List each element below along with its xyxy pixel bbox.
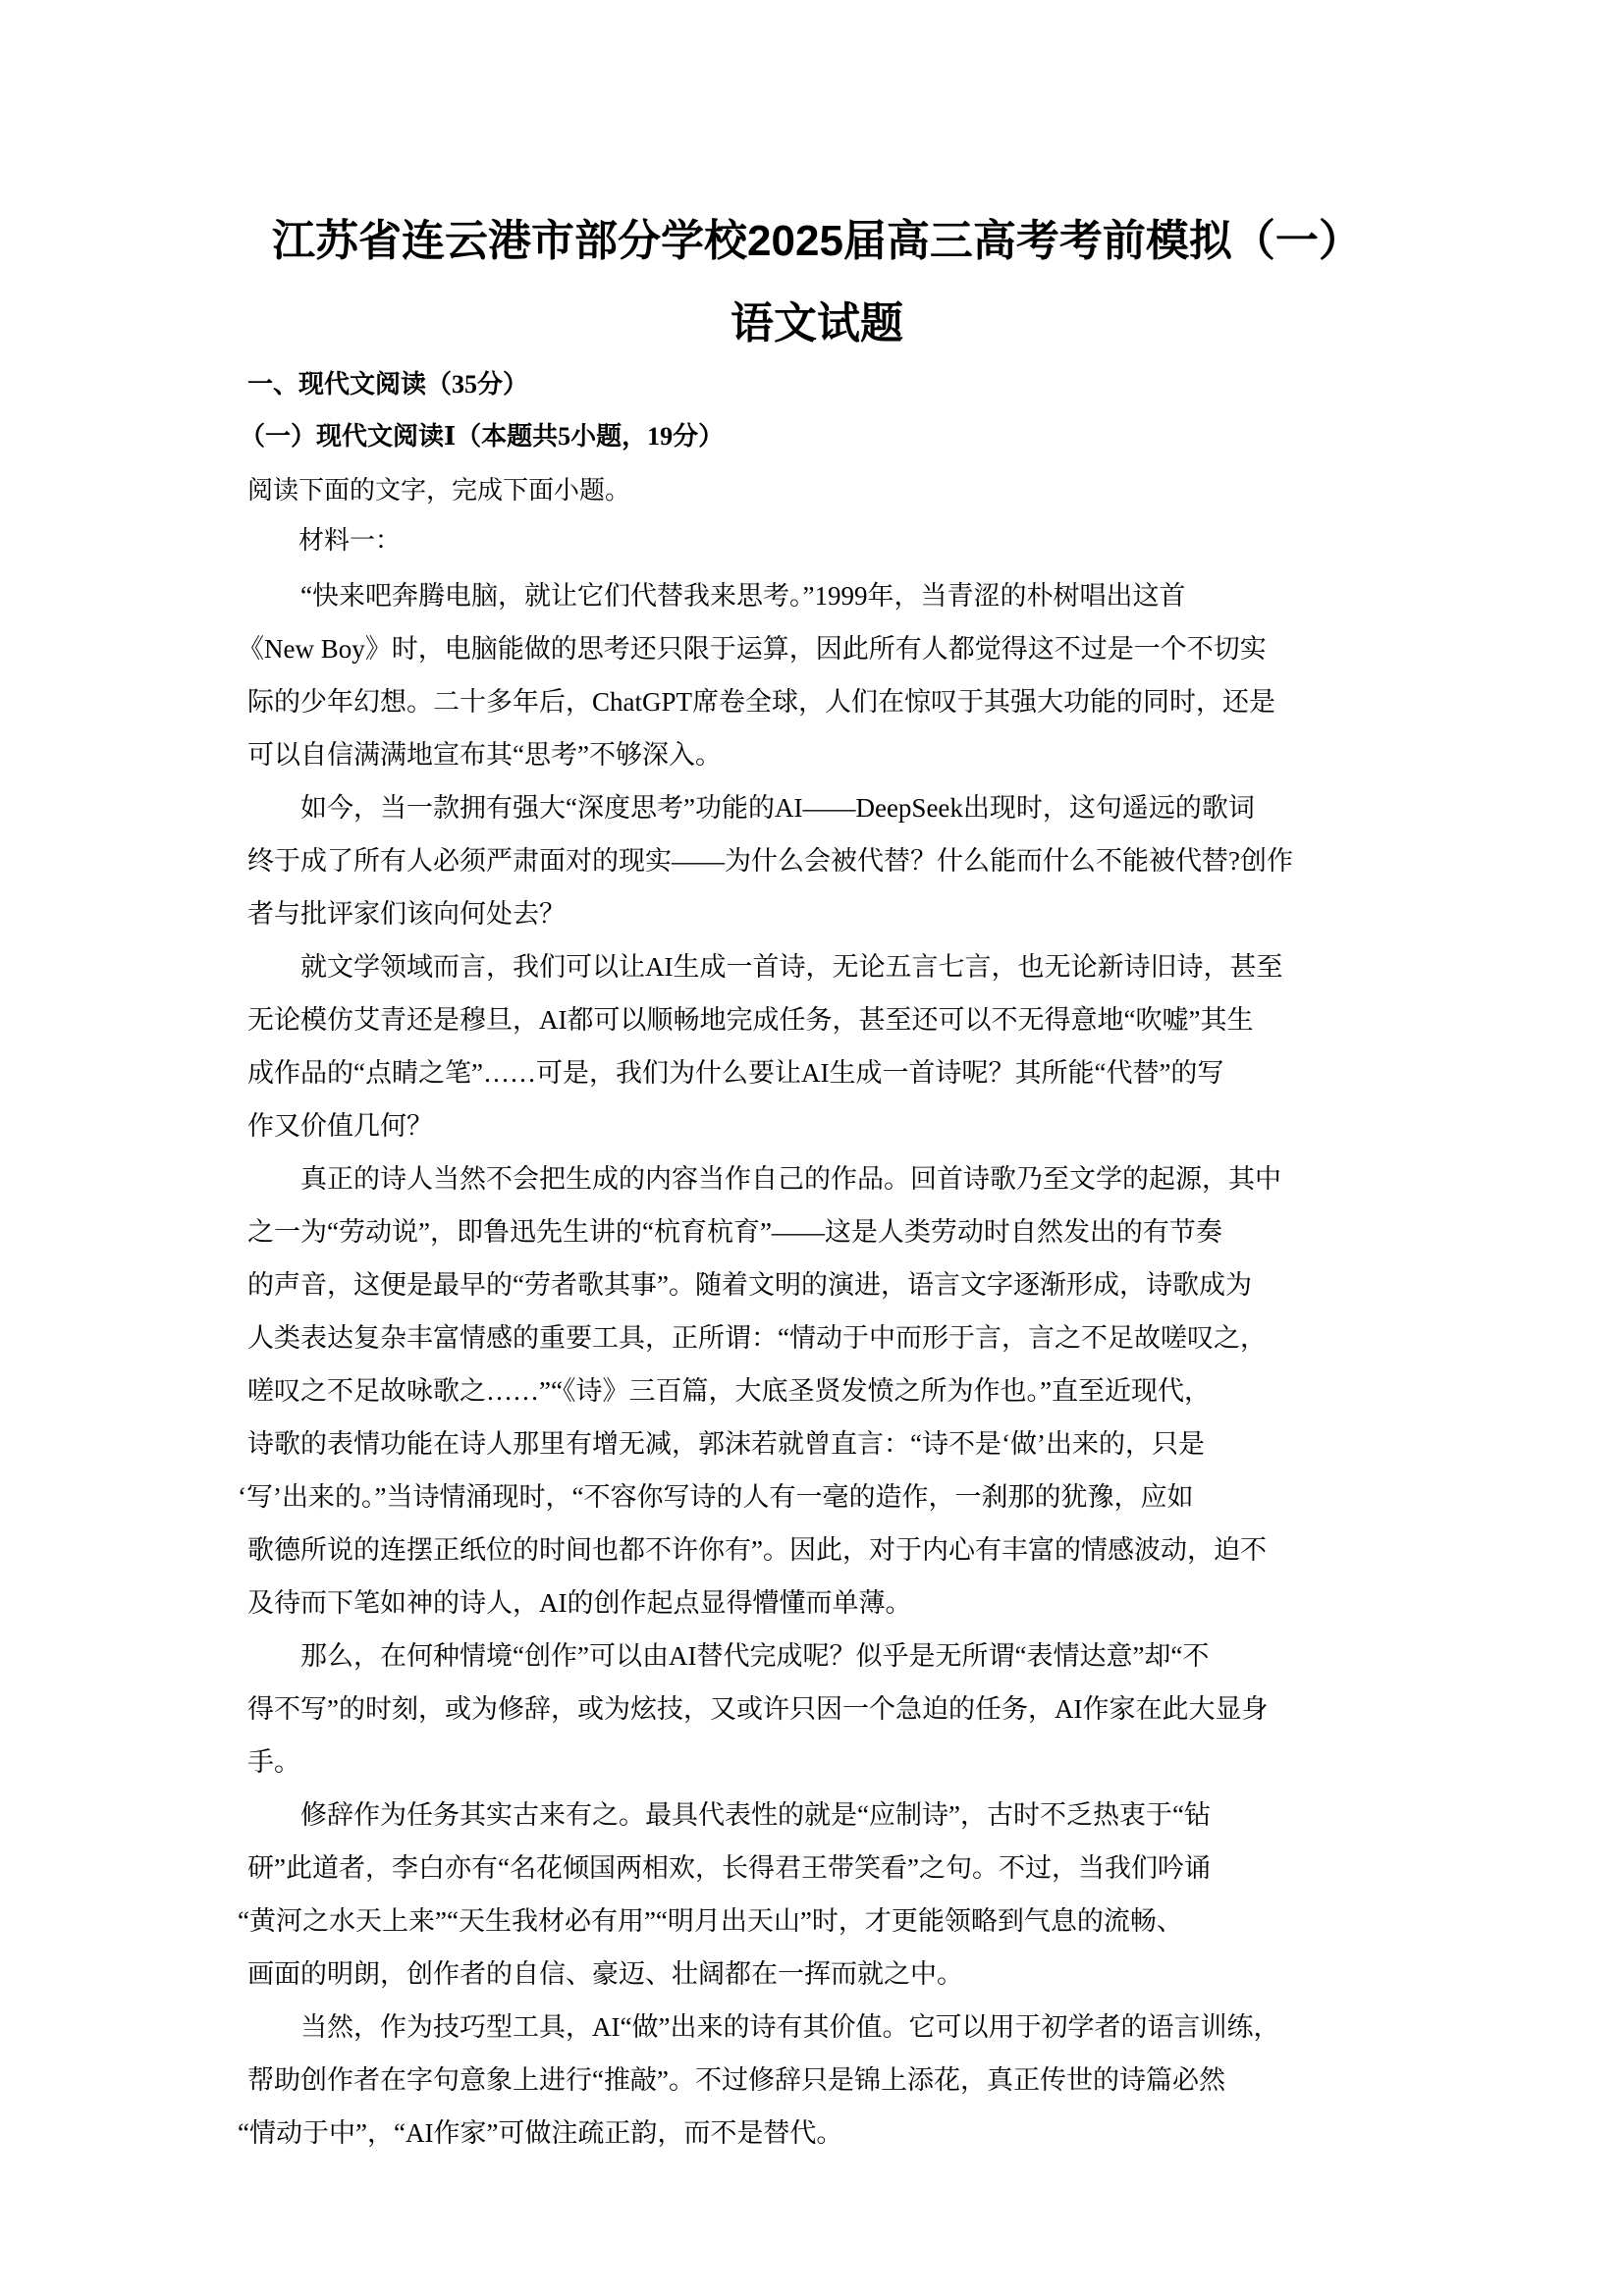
paragraph: 当然，作为技巧型工具，AI“做”出来的诗有其价值。它可以用于初学者的语言训练， … bbox=[247, 2001, 1386, 2160]
text-line: 的声音，这便是最早的“劳者歌其事”。随着文明的演进，语言文字逐渐形成，诗歌成为 bbox=[247, 1258, 1386, 1311]
text-line: ‘写’出来的。”当诗情涌现时，“不容你写诗的人有一毫的造作，一刹那的犹豫，应如 bbox=[238, 1470, 1386, 1523]
text-line: 研”此道者，李白亦有“名花倾国两相欢，长得君王带笑看”之句。不过，当我们吟诵 bbox=[247, 1842, 1386, 1895]
text-line: 真正的诗人当然不会把生成的内容当作自己的作品。回首诗歌乃至文学的起源，其中 bbox=[247, 1152, 1386, 1205]
text-line: 歌德所说的连摆正纸位的时间也都不许你有”。因此，对于内心有丰富的情感波动，迫不 bbox=[247, 1523, 1386, 1576]
text-line: 当然，作为技巧型工具，AI“做”出来的诗有其价值。它可以用于初学者的语言训练， bbox=[247, 2001, 1386, 2054]
text-line: 之一为“劳动说”，即鲁迅先生讲的“杭育杭育”——这是人类劳动时自然发出的有节奏 bbox=[247, 1205, 1386, 1258]
text-line: 嗟叹之不足故咏歌之……”“《诗》三百篇，大底圣贤发愤之所为作也。”直至近现代， bbox=[247, 1364, 1386, 1417]
text-line: 诗歌的表情功能在诗人那里有增无减，郭沫若就曾直言：“诗不是‘做’出来的，只是 bbox=[247, 1417, 1386, 1470]
text-line: 那么，在何种情境“创作”可以由AI替代完成呢？似乎是无所谓“表情达意”却“不 bbox=[247, 1629, 1386, 1682]
paragraph: 修辞作为任务其实古来有之。最具代表性的就是“应制诗”，古时不乏热衷于“钻 研”此… bbox=[247, 1789, 1386, 2001]
text-line: 得不写”的时刻，或为修辞，或为炫技，又或许只因一个急迫的任务，AI作家在此大显身 bbox=[247, 1682, 1386, 1735]
material-label: 材料一： bbox=[298, 524, 401, 558]
text-line: 如今，当一款拥有强大“深度思考”功能的AI——DeepSeek出现时，这句遥远的… bbox=[247, 781, 1386, 834]
text-line: 帮助创作者在字句意象上进行“推敲”。不过修辞只是锦上添花，真正传世的诗篇必然 bbox=[247, 2054, 1386, 2107]
text-line: 终于成了所有人必须严肃面对的现实——为什么会被代替？什么能而什么不能被代替?创作 bbox=[247, 834, 1386, 887]
paragraph: 真正的诗人当然不会把生成的内容当作自己的作品。回首诗歌乃至文学的起源，其中 之一… bbox=[247, 1152, 1386, 1629]
text-line: “黄河之水天上来”“天生我材必有用”“明月出天山”时，才更能领略到气息的流畅、 bbox=[238, 1895, 1386, 1948]
paragraph: 那么，在何种情境“创作”可以由AI替代完成呢？似乎是无所谓“表情达意”却“不 得… bbox=[247, 1629, 1386, 1789]
text-line: 际的少年幻想。二十多年后，ChatGPT席卷全球，人们在惊叹于其强大功能的同时，… bbox=[247, 675, 1386, 728]
text-line: 可以自信满满地宣布其“思考”不够深入。 bbox=[247, 728, 1386, 781]
text-line: 作又价值几何？ bbox=[247, 1099, 1386, 1152]
text-line: 无论模仿艾青还是穆旦，AI都可以顺畅地完成任务，甚至还可以不无得意地“吹嘘”其生 bbox=[247, 993, 1386, 1046]
text-line: “情动于中”，“AI作家”可做注疏正韵，而不是替代。 bbox=[238, 2107, 1386, 2160]
text-line: 画面的明朗，创作者的自信、豪迈、壮阔都在一挥而就之中。 bbox=[247, 1948, 1386, 2001]
text-line: 人类表达复杂丰富情感的重要工具，正所谓：“情动于中而形于言，言之不足故嗟叹之， bbox=[247, 1311, 1386, 1364]
text-line: 就文学领域而言，我们可以让AI生成一首诗，无论五言七言，也无论新诗旧诗，甚至 bbox=[247, 940, 1386, 993]
text-line: 修辞作为任务其实古来有之。最具代表性的就是“应制诗”，古时不乏热衷于“钻 bbox=[247, 1789, 1386, 1842]
section-heading: 一、现代文阅读（35分） bbox=[247, 368, 528, 401]
text-line: 者与批评家们该向何处去？ bbox=[247, 887, 1386, 940]
paragraph: “快来吧奔腾电脑，就让它们代替我来思考。”1999年，当青涩的朴树唱出这首 《N… bbox=[247, 569, 1386, 781]
paragraph: 如今，当一款拥有强大“深度思考”功能的AI——DeepSeek出现时，这句遥远的… bbox=[247, 781, 1386, 940]
subsection-heading: （一）现代文阅读Ⅰ（本题共5小题，19分） bbox=[240, 420, 724, 454]
text-line: 成作品的“点睛之笔”……可是，我们为什么要让AI生成一首诗呢？其所能“代替”的写 bbox=[247, 1046, 1386, 1099]
reading-instruction: 阅读下面的文字，完成下面小题。 bbox=[247, 474, 630, 507]
exam-title: 江苏省连云港市部分学校2025届高三高考考前模拟（一） bbox=[247, 212, 1386, 271]
text-line: 及待而下笔如神的诗人，AI的创作起点显得懵懂而单薄。 bbox=[247, 1576, 1386, 1629]
exam-subtitle: 语文试题 bbox=[247, 294, 1386, 353]
passage-body: “快来吧奔腾电脑，就让它们代替我来思考。”1999年，当青涩的朴树唱出这首 《N… bbox=[247, 569, 1386, 2160]
text-line: “快来吧奔腾电脑，就让它们代替我来思考。”1999年，当青涩的朴树唱出这首 bbox=[247, 569, 1386, 622]
text-line: 手。 bbox=[247, 1735, 1386, 1789]
text-line: 《New Boy》时，电脑能做的思考还只限于运算，因此所有人都觉得这不过是一个不… bbox=[238, 622, 1386, 675]
paragraph: 就文学领域而言，我们可以让AI生成一首诗，无论五言七言，也无论新诗旧诗，甚至 无… bbox=[247, 940, 1386, 1152]
